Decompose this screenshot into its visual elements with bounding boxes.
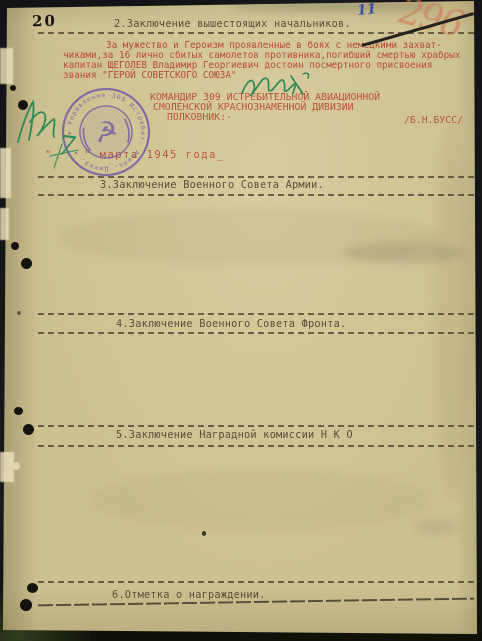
divider-line bbox=[38, 313, 474, 315]
handwritten-day-flourish bbox=[48, 142, 82, 172]
divider-line bbox=[38, 425, 474, 427]
torn-edge-patch bbox=[0, 452, 14, 482]
section3-heading: 3.Заключение Военного Совета Армии. bbox=[100, 180, 324, 191]
paper-chip bbox=[13, 462, 20, 470]
divider-line bbox=[38, 445, 474, 447]
section4-heading: 4.Заключение Военного Совета Фронта. bbox=[116, 319, 346, 330]
scanned-award-document: 20 2.Заключение вышестоящих начальников.… bbox=[0, 0, 482, 641]
citation-line: звания "ГЕРОЙ СОВЕТСКОГО СОЮЗА" bbox=[63, 71, 237, 81]
punch-hole bbox=[21, 258, 32, 269]
handwritten-signature-green bbox=[237, 64, 315, 104]
punch-hole bbox=[11, 242, 19, 250]
section5-heading: 5.Заключение Наградной комиссии Н К О bbox=[116, 430, 353, 441]
divider-line bbox=[38, 332, 474, 334]
divider-line bbox=[38, 194, 474, 196]
torn-edge-patch bbox=[0, 148, 11, 198]
punch-hole bbox=[20, 599, 32, 611]
commander-rank-line: ПОЛКОВНИК:- bbox=[167, 113, 232, 124]
punch-hole bbox=[10, 85, 16, 91]
torn-edge-patch bbox=[0, 48, 13, 84]
torn-edge-patch bbox=[0, 208, 9, 240]
punch-hole bbox=[18, 100, 28, 110]
paper-speck bbox=[17, 311, 21, 315]
handwritten-page-number: 11 bbox=[356, 1, 377, 19]
page-number-stamp: 20 bbox=[32, 12, 57, 30]
section6-heading: 6.Отметка о награждении. bbox=[112, 590, 266, 601]
divider-line bbox=[38, 581, 474, 583]
section2-heading: 2.Заключение вышестоящих начальников. bbox=[114, 19, 351, 30]
punch-hole bbox=[14, 407, 23, 415]
commander-name-signature: /Б.Н.БУСС/ bbox=[404, 116, 463, 127]
ink-speck bbox=[202, 531, 206, 536]
punch-hole bbox=[27, 583, 38, 593]
punch-hole bbox=[23, 424, 34, 435]
